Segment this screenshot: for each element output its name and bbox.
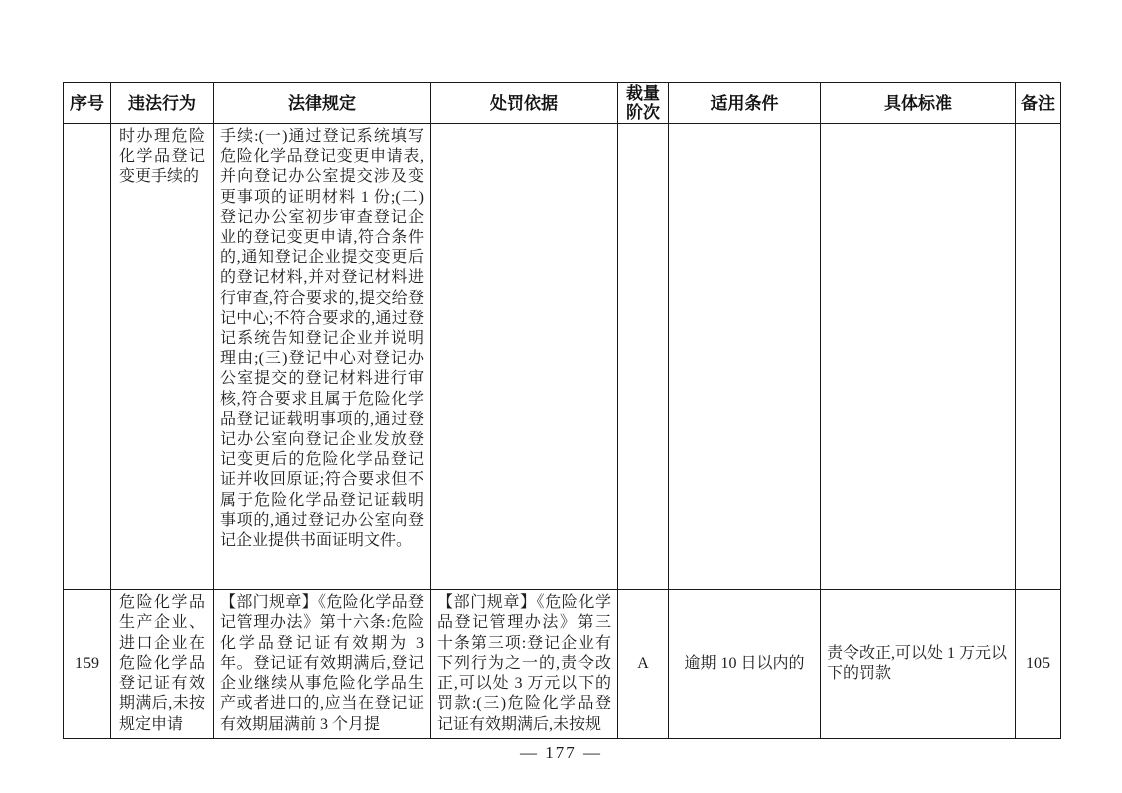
cell-remark [1016, 124, 1061, 590]
cell-penalty-basis: 【部门规章】《危险化学品登记管理办法》第三十条第三项:登记企业有下列行为之一的,… [431, 590, 618, 739]
table-row-159: 159 危险化学品生产企业、进口企业在危险化学品登记证有效期满后,未按规定申请 … [64, 590, 1061, 739]
cell-illegal-act: 时办理危险化学品登记变更手续的 [111, 124, 214, 590]
cell-applicable-condition: 逾期 10 日以内的 [669, 590, 821, 739]
table-row-continuation: 时办理危险化学品登记变更手续的 手续:(一)通过登记系统填写危险化学品登记变更申… [64, 124, 1061, 590]
col-header-applicable-condition: 适用条件 [669, 83, 821, 124]
document-page: 序号 违法行为 法律规定 处罚依据 裁量阶次 适用条件 具体标准 备注 时办理危… [0, 0, 1122, 793]
cell-legal-provision: 手续:(一)通过登记系统填写危险化学品登记变更申请表,并向登记办公室提交涉及变更… [214, 124, 431, 590]
cell-discretion-level: A [618, 590, 669, 739]
table-header-row: 序号 违法行为 法律规定 处罚依据 裁量阶次 适用条件 具体标准 备注 [64, 83, 1061, 124]
cell-applicable-condition [669, 124, 821, 590]
col-header-remark: 备注 [1016, 83, 1061, 124]
cell-seq: 159 [64, 590, 111, 739]
col-header-legal-provision: 法律规定 [214, 83, 431, 124]
col-header-illegal-act: 违法行为 [111, 83, 214, 124]
cell-remark: 105 [1016, 590, 1061, 739]
col-header-seq: 序号 [64, 83, 111, 124]
cell-specific-standard: 责令改正,可以处 1 万元以下的罚款 [821, 590, 1016, 739]
cell-legal-provision: 【部门规章】《危险化学品登记管理办法》第十六条:危险化学品登记证有效期为 3 年… [214, 590, 431, 739]
col-header-discretion-level: 裁量阶次 [618, 83, 669, 124]
cell-specific-standard [821, 124, 1016, 590]
cell-discretion-level [618, 124, 669, 590]
page-number: — 177 — [0, 743, 1122, 763]
cell-penalty-basis [431, 124, 618, 590]
cell-seq [64, 124, 111, 590]
col-header-penalty-basis: 处罚依据 [431, 83, 618, 124]
regulation-table: 序号 违法行为 法律规定 处罚依据 裁量阶次 适用条件 具体标准 备注 时办理危… [63, 82, 1061, 739]
col-header-specific-standard: 具体标准 [821, 83, 1016, 124]
cell-illegal-act: 危险化学品生产企业、进口企业在危险化学品登记证有效期满后,未按规定申请 [111, 590, 214, 739]
